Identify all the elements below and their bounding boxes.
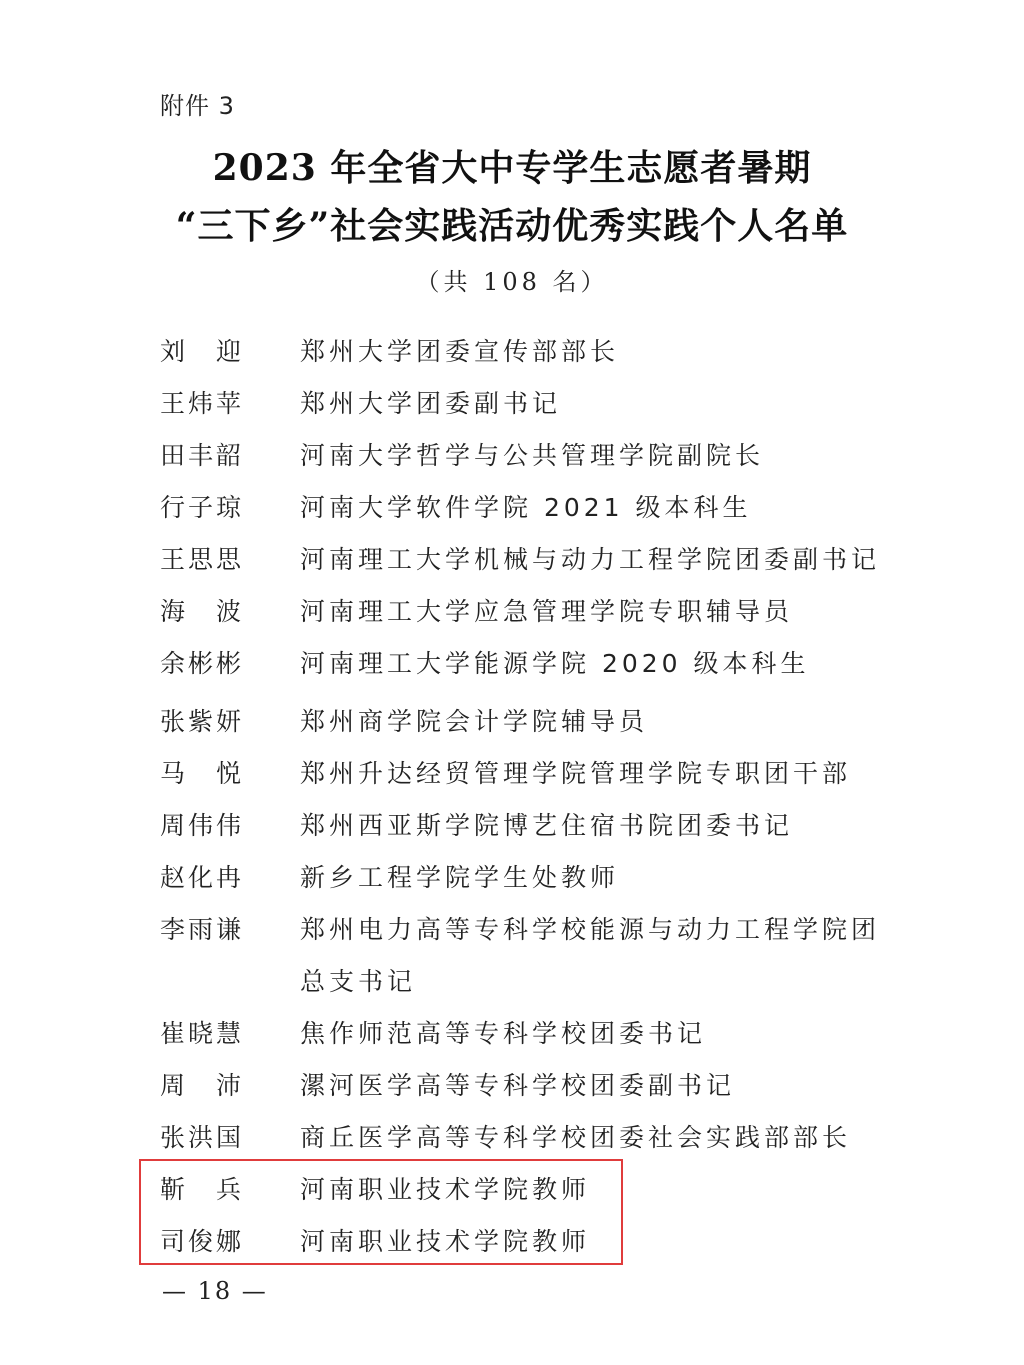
honoree-name: 张紫妍 [160,696,300,748]
list-item: 赵化冉 新乡工程学院学生处教师 [160,852,900,904]
honoree-name: 司俊娜 [160,1216,300,1268]
honoree-affiliation: 漯河医学高等专科学校团委副书记 [300,1060,900,1112]
honoree-name: 海 波 [160,586,300,638]
honoree-affiliation: 郑州商学院会计学院辅导员 [300,696,900,748]
honoree-name: 周 沛 [160,1060,300,1112]
honoree-affiliation: 河南理工大学应急管理学院专职辅导员 [300,586,900,638]
honoree-affiliation: 焦作师范高等专科学校团委书记 [300,1008,900,1060]
honoree-name: 田丰韶 [160,430,300,482]
honoree-affiliation: 郑州西亚斯学院博艺住宿书院团委书记 [300,800,900,852]
honoree-name: 崔晓慧 [160,1008,300,1060]
count-note: （共 108 名） [0,262,1024,297]
list-item: 周 沛 漯河医学高等专科学校团委副书记 [160,1060,900,1112]
list-item: 行子琼 河南大学软件学院 2021 级本科生 [160,482,900,534]
document-title-line-1: 2023 年全省大中专学生志愿者暑期 [0,140,1024,191]
honoree-list: 刘 迎 郑州大学团委宣传部部长 王炜苹 郑州大学团委副书记 田丰韶 河南大学哲学… [160,326,900,1268]
honoree-name: 刘 迎 [160,326,300,378]
document-title-line-2: “三下乡”社会实践活动优秀实践个人名单 [0,198,1024,249]
list-item: 崔晓慧 焦作师范高等专科学校团委书记 [160,1008,900,1060]
honoree-affiliation: 郑州大学团委副书记 [300,378,900,430]
list-item: 余彬彬 河南理工大学能源学院 2020 级本科生 [160,638,900,690]
list-item-highlighted: 靳 兵 河南职业技术学院教师 [160,1164,900,1216]
honoree-name: 周伟伟 [160,800,300,852]
honoree-name: 行子琼 [160,482,300,534]
honoree-name: 李雨谦 [160,904,300,956]
honoree-name: 张洪国 [160,1112,300,1164]
honoree-affiliation: 河南大学软件学院 2021 级本科生 [300,482,900,534]
honoree-affiliation: 郑州升达经贸管理学院管理学院专职团干部 [300,748,900,800]
list-item-highlighted: 司俊娜 河南职业技术学院教师 [160,1216,900,1268]
list-item: 张紫妍 郑州商学院会计学院辅导员 [160,696,900,748]
honoree-name: 王炜苹 [160,378,300,430]
attachment-label: 附件 3 [160,86,235,121]
list-item: 王炜苹 郑州大学团委副书记 [160,378,900,430]
page-number: — 18 — [162,1277,268,1305]
honoree-affiliation: 河南职业技术学院教师 [300,1164,900,1216]
list-item: 海 波 河南理工大学应急管理学院专职辅导员 [160,586,900,638]
list-item: 马 悦 郑州升达经贸管理学院管理学院专职团干部 [160,748,900,800]
honoree-name: 余彬彬 [160,638,300,690]
honoree-affiliation: 郑州电力高等专科学校能源与动力工程学院团总支书记 [300,904,900,1008]
list-item: 张洪国 商丘医学高等专科学校团委社会实践部部长 [160,1112,900,1164]
honoree-name: 王思思 [160,534,300,586]
honoree-affiliation: 河南大学哲学与公共管理学院副院长 [300,430,900,482]
honoree-affiliation: 河南理工大学机械与动力工程学院团委副书记 [300,534,900,586]
honoree-affiliation: 河南职业技术学院教师 [300,1216,900,1268]
list-item: 刘 迎 郑州大学团委宣传部部长 [160,326,900,378]
list-item: 王思思 河南理工大学机械与动力工程学院团委副书记 [160,534,900,586]
list-item: 李雨谦 郑州电力高等专科学校能源与动力工程学院团总支书记 [160,904,900,1008]
list-item: 田丰韶 河南大学哲学与公共管理学院副院长 [160,430,900,482]
list-item: 周伟伟 郑州西亚斯学院博艺住宿书院团委书记 [160,800,900,852]
honoree-name: 赵化冉 [160,852,300,904]
honoree-affiliation: 商丘医学高等专科学校团委社会实践部部长 [300,1112,900,1164]
honoree-name: 靳 兵 [160,1164,300,1216]
honoree-affiliation: 郑州大学团委宣传部部长 [300,326,900,378]
honoree-affiliation: 河南理工大学能源学院 2020 级本科生 [300,638,900,690]
honoree-name: 马 悦 [160,748,300,800]
honoree-affiliation: 新乡工程学院学生处教师 [300,852,900,904]
